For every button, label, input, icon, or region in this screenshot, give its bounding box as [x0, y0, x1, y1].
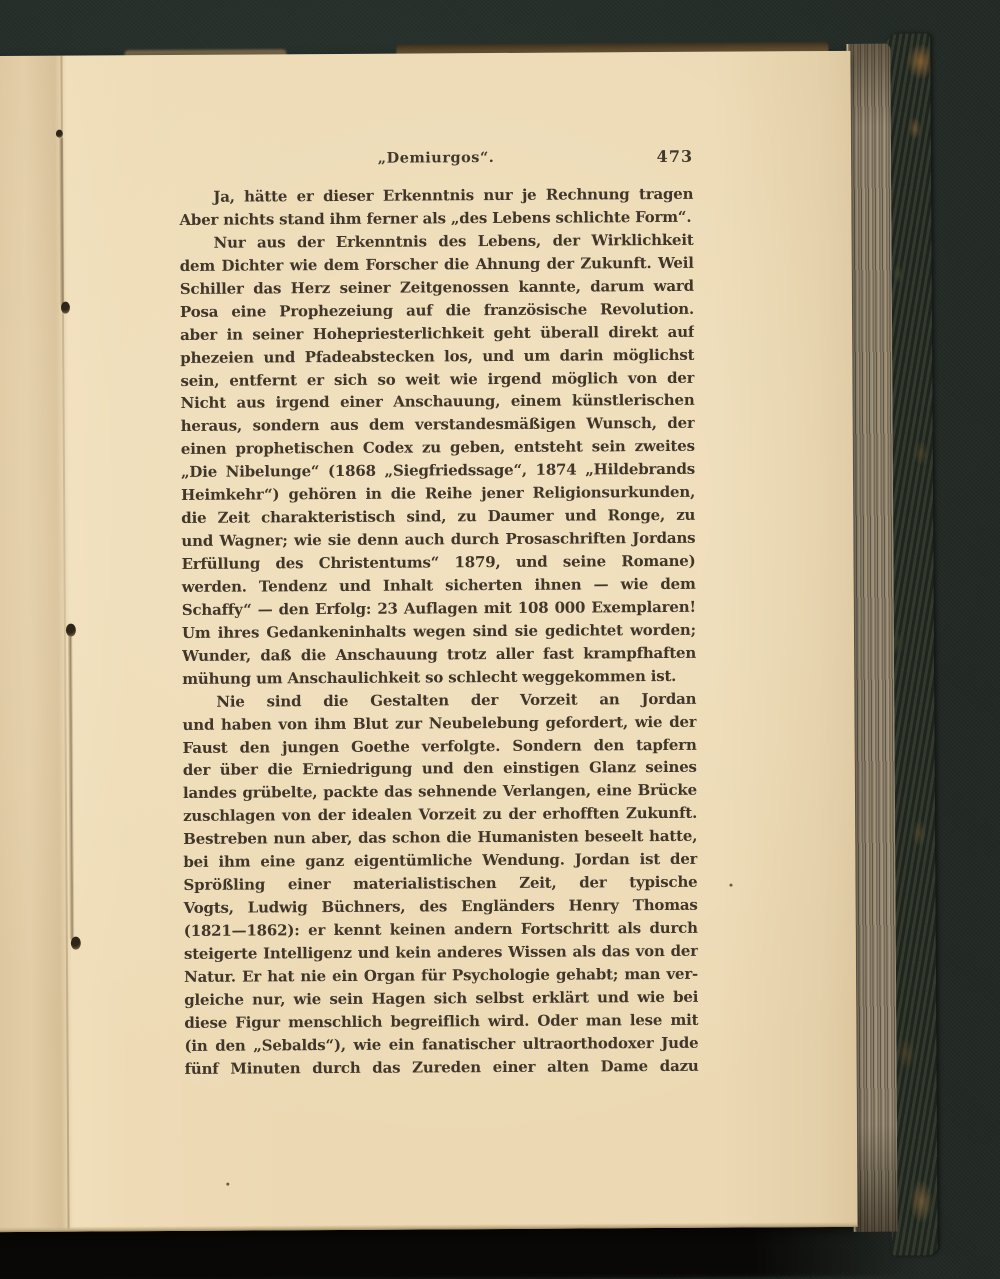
text-line: Nicht aus irgend einer Anschauung, einem… — [180, 389, 694, 415]
text-line: Sprößling einer materialistischen Zeit, … — [183, 871, 697, 897]
text-line: Schaffy“ — den Erfolg: 23 Auflagen mit 1… — [182, 596, 696, 622]
text-line: Um ihres Gedankeninhalts wegen sind sie … — [182, 619, 696, 645]
paragraph: Nie sind die Gestalten der Vorzeit an Jo… — [182, 687, 698, 1080]
text-line: Vogts, Ludwig Büchners, des Engländers H… — [184, 894, 698, 920]
text-block: Ja, hätte er dieser Erkenntnis nur je Re… — [179, 183, 698, 1081]
text-line: fünf Minuten durch das Zureden einer alt… — [185, 1054, 699, 1080]
text-line: zuschlagen von der idealen Vorzeit zu de… — [183, 802, 697, 828]
text-line: (1821—1862): er kennt keinen andern Fort… — [184, 917, 698, 943]
text-line: heraus, sondern aus dem verstandesmäßige… — [181, 412, 695, 438]
page-header: „Demiurgos“. 473 — [179, 145, 693, 171]
text-line: Posa eine Prophezeiung auf die französis… — [180, 297, 694, 323]
text-line: einen prophetischen Codex zu geben, ents… — [181, 435, 695, 461]
text-line: Bestreben nun aber, das schon die Humani… — [183, 825, 697, 851]
binding-hole — [66, 624, 76, 637]
text-line: sein, entfernt er sich so weit wie irgen… — [180, 366, 694, 392]
text-line: Erfüllung des Christentums“ 1879, und se… — [181, 550, 695, 576]
stitch-thread — [68, 636, 73, 940]
page-number: 473 — [657, 145, 694, 168]
text-line: bei ihm eine ganz eigentümliche Wendung.… — [183, 848, 697, 874]
text-line: landes grübelte, packte das sehnende Ver… — [183, 779, 697, 805]
text-line: der über die Erniedrigung und den einsti… — [183, 756, 697, 782]
text-line: Nie sind die Gestalten der Vorzeit an Jo… — [182, 687, 696, 713]
text-line: diese Figur menschlich begreiflich wird.… — [184, 1009, 698, 1035]
text-line: Faust den jungen Goethe verfolgte. Sonde… — [183, 733, 697, 759]
text-line: phezeien und Pfadeabstecken los, und um … — [180, 343, 694, 369]
binding-hole — [56, 130, 63, 138]
text-line: steigerte Intelligenz und kein anderes W… — [184, 940, 698, 966]
text-line: Natur. Er hat nie ein Organ für Psycholo… — [184, 963, 698, 989]
book: „Demiurgos“. 473 Ja, hätte er dieser Erk… — [0, 0, 1000, 1279]
text-line: Schiller das Herz seiner Zeitgenossen ka… — [180, 275, 694, 301]
text-line: und Wagner; wie sie denn auch durch Pros… — [181, 527, 695, 553]
text-line: mühung um Anschaulichkeit so schlecht we… — [182, 664, 696, 690]
text-line: Nur aus der Erkenntnis des Lebens, der W… — [180, 229, 694, 255]
running-title: „Demiurgos“. — [179, 145, 693, 171]
text-line: Heimkehr“) gehören in die Reihe jener Re… — [181, 481, 695, 507]
text-line: dem Dichter wie dem Forscher die Ahnung … — [180, 252, 694, 278]
text-line: und haben von ihm Blut zur Neubelebung g… — [182, 710, 696, 736]
text-line: Aber nichts stand ihm ferner als „des Le… — [179, 206, 693, 232]
text-line: (in den „Sebalds“), wie ein fanatischer … — [184, 1031, 698, 1057]
paragraph: Nur aus der Erkenntnis des Lebens, der W… — [180, 229, 697, 691]
text-line: Ja, hätte er dieser Erkenntnis nur je Re… — [179, 183, 693, 209]
text-line: Wunder, daß die Anschauung trotz aller f… — [182, 642, 696, 668]
text-line: die Zeit charakteristisch sind, zu Daume… — [181, 504, 695, 530]
text-line: aber in seiner Hohepriesterlichkeit geht… — [180, 320, 694, 346]
text-line: „Die Nibelunge“ (1868 „Siegfriedssage“, … — [181, 458, 695, 484]
text-line: gleiche nur, wie sein Hagen sich selbst … — [184, 986, 698, 1012]
binding-hole — [61, 302, 70, 314]
paragraph: Ja, hätte er dieser Erkenntnis nur je Re… — [179, 183, 693, 232]
binding-hole — [71, 937, 81, 950]
book-page: „Demiurgos“. 473 Ja, hätte er dieser Erk… — [0, 51, 858, 1232]
paper-speck — [729, 884, 732, 887]
paper-speck — [226, 1183, 229, 1186]
text-line: werden. Tendenz und Inhalt sicherten ihn… — [182, 573, 696, 599]
book-photo: „Demiurgos“. 473 Ja, hätte er dieser Erk… — [0, 0, 1000, 1279]
